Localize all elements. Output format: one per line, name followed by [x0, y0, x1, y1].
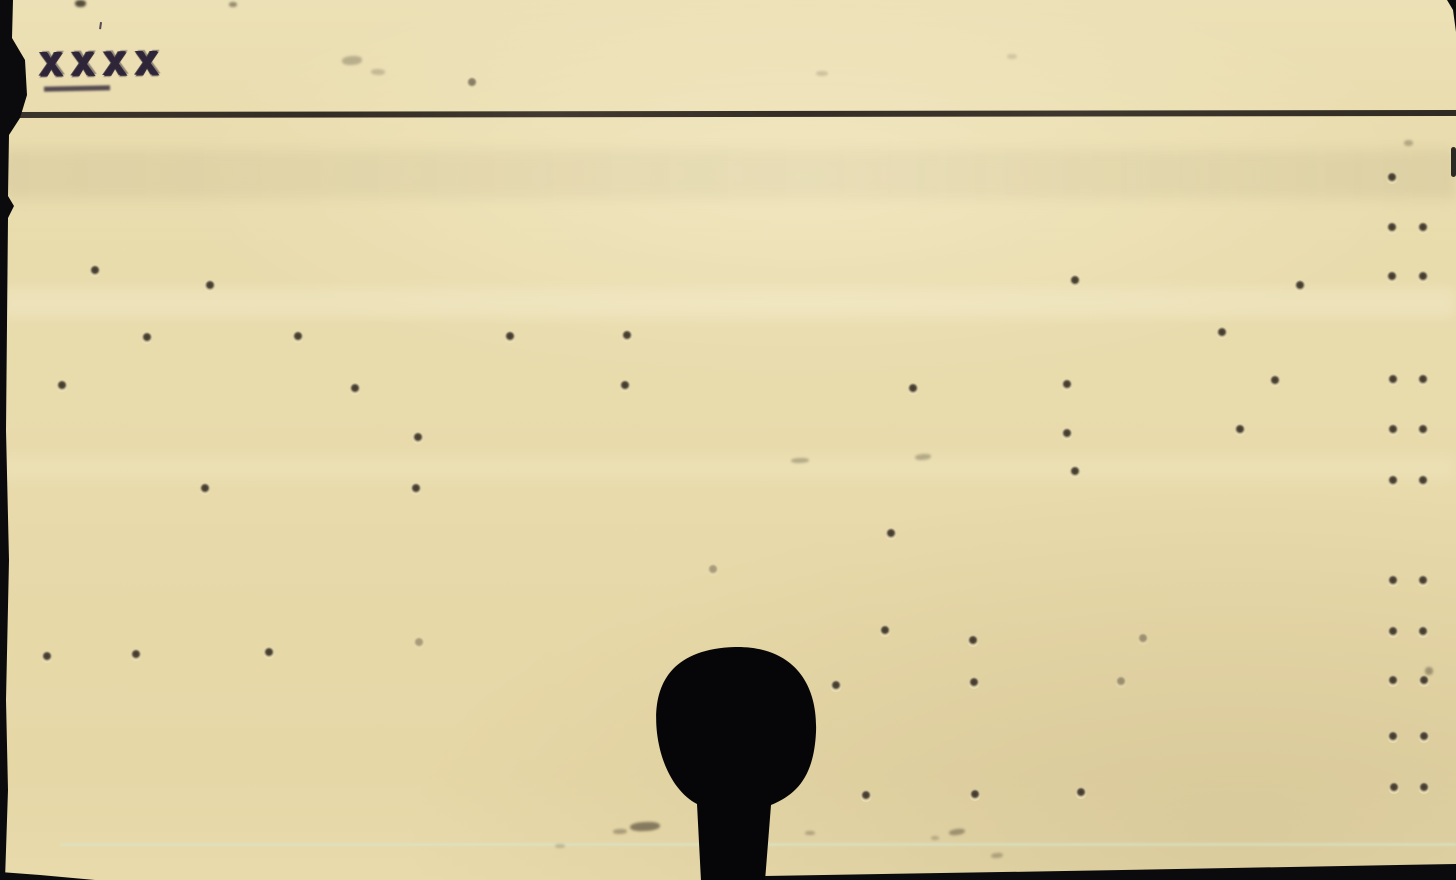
impression-dot	[1062, 379, 1073, 391]
impression-dot	[411, 483, 422, 495]
impression-dot	[467, 77, 478, 89]
ghost-impression-band	[0, 288, 1456, 318]
impression-dot	[1388, 424, 1399, 436]
impression-dot	[1270, 375, 1281, 387]
ink-smudge	[1425, 667, 1433, 675]
impression-dot	[622, 330, 633, 342]
impression-dot	[908, 383, 919, 395]
impression-dot	[414, 637, 425, 649]
ink-smudge	[991, 852, 1003, 858]
ink-smudge	[630, 821, 660, 832]
impression-dot	[880, 625, 891, 637]
impression-dot	[1389, 782, 1400, 794]
impression-dot	[1418, 626, 1429, 638]
impression-dot	[620, 380, 631, 392]
ghost-impression-band	[0, 455, 1456, 481]
impression-dot	[1387, 271, 1398, 283]
ink-smudge	[949, 828, 966, 836]
ink-smudge	[75, 0, 86, 7]
card-surface: xxxx ) '	[0, 0, 1456, 880]
impression-dot	[1388, 575, 1399, 587]
impression-dot	[57, 380, 68, 392]
impression-dot	[1418, 222, 1429, 234]
impression-dot	[131, 649, 142, 661]
impression-dot	[1418, 374, 1429, 386]
impression-dot	[1070, 466, 1081, 478]
ink-smudge	[1007, 54, 1017, 59]
impression-dot	[1388, 626, 1399, 638]
typed-heading-text: xxxx	[38, 39, 166, 83]
impression-dot	[970, 789, 981, 801]
impression-dot	[1419, 731, 1430, 743]
impression-dot	[1388, 731, 1399, 743]
impression-dot	[90, 265, 101, 277]
impression-dot	[1070, 275, 1081, 287]
ink-smudge	[805, 831, 815, 835]
impression-dot	[861, 790, 872, 802]
impression-dot	[1387, 222, 1398, 234]
ink-smudge	[371, 69, 385, 75]
ruled-header-line	[0, 110, 1456, 118]
ink-smudge	[931, 836, 939, 840]
impression-dot	[293, 331, 304, 343]
impression-dot	[413, 432, 424, 444]
impression-dot	[1419, 675, 1430, 687]
impression-dot	[264, 647, 275, 659]
impression-dot	[1217, 327, 1228, 339]
impression-dot	[831, 680, 842, 692]
impression-dot	[1419, 782, 1430, 794]
ghost-impression-band	[0, 150, 1456, 198]
impression-dot	[1388, 475, 1399, 487]
impression-dot	[1388, 675, 1399, 687]
impression-dot	[1418, 475, 1429, 487]
impression-dot	[1116, 676, 1127, 688]
impression-dot	[205, 280, 216, 292]
ink-smudge	[555, 844, 565, 848]
ink-smudge	[229, 2, 237, 7]
scanned-card-image: xxxx ) '	[0, 0, 1456, 880]
ink-smudge	[791, 457, 809, 463]
impression-dot	[1418, 271, 1429, 283]
impression-dot	[1076, 787, 1087, 799]
typed-underline-smear	[44, 85, 110, 91]
impression-dot	[350, 383, 361, 395]
impression-dot	[708, 564, 719, 576]
impression-dot	[969, 677, 980, 689]
impression-dot	[1235, 424, 1246, 436]
impression-dot	[1138, 633, 1149, 645]
impression-dot	[886, 528, 897, 540]
impression-dot	[142, 332, 153, 344]
impression-dot	[1295, 280, 1306, 292]
impression-dot	[505, 331, 516, 343]
impression-dot	[1418, 575, 1429, 587]
impression-dot	[1388, 374, 1399, 386]
impression-dot	[200, 483, 211, 495]
ink-smudge	[342, 55, 363, 65]
scan-streak	[60, 843, 1456, 846]
impression-dot	[968, 635, 979, 647]
ink-smudge	[915, 453, 931, 460]
ink-smudge	[613, 828, 627, 833]
impression-dot	[42, 651, 53, 663]
impression-dot	[1418, 424, 1429, 436]
scan-edge-right-sliver	[1451, 147, 1456, 177]
ink-smudge	[816, 71, 828, 76]
impression-dot	[1062, 428, 1073, 440]
ink-smudge	[1404, 140, 1413, 146]
impression-dot	[1387, 172, 1398, 184]
